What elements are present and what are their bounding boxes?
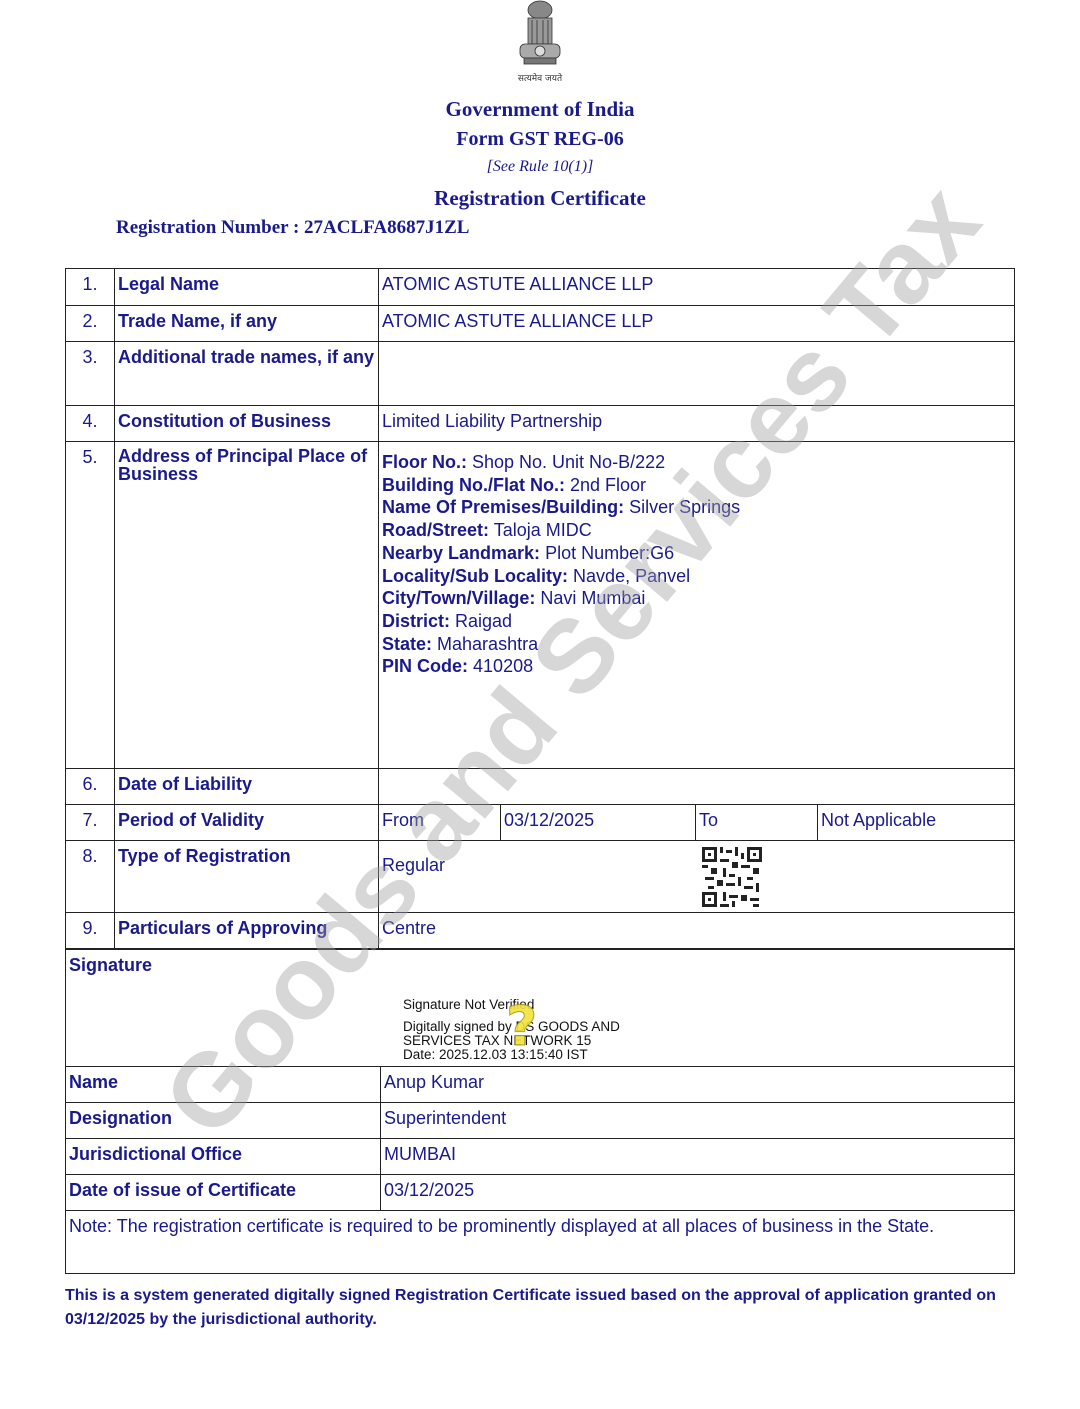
address-line: Nearby Landmark: Plot Number:G6 (382, 542, 1011, 565)
qr-code-icon (702, 847, 762, 907)
note: Note: The registration certificate is re… (66, 1211, 1015, 1274)
trade-name-label: Trade Name, if any (115, 306, 379, 342)
registration-number: Registration Number : 27ACLFA8687J1ZL (116, 217, 469, 239)
registration-number-label: Registration Number : (116, 217, 299, 238)
row-number: 8. (66, 841, 115, 913)
additional-trade-names-value (379, 342, 1015, 406)
address-line: City/Town/Village: Navi Mumbai (382, 587, 1011, 610)
rule-reference: [See Rule 10(1)] (0, 158, 1080, 176)
signature-label: Signature (69, 955, 152, 975)
address-line: Building No./Flat No.: 2nd Floor (382, 474, 1011, 497)
address-label: Address of Principal Place of Business (115, 442, 379, 769)
signature-table: Signature ? Signature Not Verified Digit… (65, 949, 1015, 1274)
address-line: Name Of Premises/Building: Silver Spring… (382, 496, 1011, 519)
table-row: 8. Type of Registration Regular (66, 841, 1015, 913)
date-of-liability-label: Date of Liability (115, 769, 379, 805)
designation-value: Superintendent (381, 1103, 1015, 1139)
table-row: Note: The registration certificate is re… (66, 1211, 1015, 1274)
officer-name-label: Name (66, 1067, 381, 1103)
government-title: Government of India (0, 97, 1080, 122)
particulars-of-approving-value: Centre (379, 913, 1015, 949)
row-number: 3. (66, 342, 115, 406)
table-row: 7. Period of Validity From 03/12/2025 To… (66, 805, 1015, 841)
address-line: Locality/Sub Locality: Navde, Panvel (382, 565, 1011, 588)
address-line: PIN Code: 410208 (382, 655, 1011, 678)
constitution-value: Limited Liability Partnership (379, 406, 1015, 442)
table-row: 4. Constitution of Business Limited Liab… (66, 406, 1015, 442)
address-line: State: Maharashtra (382, 633, 1011, 656)
trade-name-value: ATOMIC ASTUTE ALLIANCE LLP (379, 306, 1015, 342)
table-row: 3. Additional trade names, if any (66, 342, 1015, 406)
form-title: Form GST REG-06 (0, 128, 1080, 151)
address-line: Floor No.: Shop No. Unit No-B/222 (382, 451, 1011, 474)
table-row: 2. Trade Name, if any ATOMIC ASTUTE ALLI… (66, 306, 1015, 342)
date-of-liability-value (379, 769, 1015, 805)
table-row: Name Anup Kumar (66, 1067, 1015, 1103)
period-of-validity-label: Period of Validity (115, 805, 379, 841)
row-number: 9. (66, 913, 115, 949)
address-line: Road/Street: Taloja MIDC (382, 519, 1011, 542)
validity-from-value: 03/12/2025 (501, 805, 696, 841)
footer-statement: This is a system generated digitally sig… (65, 1284, 1015, 1332)
date-of-issue-label: Date of issue of Certificate (66, 1175, 381, 1211)
national-emblem-icon (508, 0, 572, 70)
validity-to-label: To (696, 805, 818, 841)
table-row: Designation Superintendent (66, 1103, 1015, 1139)
address-value: Floor No.: Shop No. Unit No-B/222 Buildi… (379, 442, 1015, 769)
row-number: 2. (66, 306, 115, 342)
table-row: Signature ? Signature Not Verified Digit… (66, 950, 1015, 1067)
validity-to-value: Not Applicable (818, 805, 1015, 841)
additional-trade-names-label: Additional trade names, if any (115, 342, 379, 406)
validity-from-label: From (379, 805, 501, 841)
table-row: 5. Address of Principal Place of Busines… (66, 442, 1015, 769)
jurisdictional-office-value: MUMBAI (381, 1139, 1015, 1175)
signature-cell: Signature ? Signature Not Verified Digit… (66, 950, 1015, 1067)
digital-signature-block: ? Signature Not Verified Digitally signe… (403, 998, 620, 1062)
row-number: 7. (66, 805, 115, 841)
officer-name-value: Anup Kumar (381, 1067, 1015, 1103)
designation-label: Designation (66, 1103, 381, 1139)
table-row: 6. Date of Liability (66, 769, 1015, 805)
certificate-title: Registration Certificate (0, 186, 1080, 211)
particulars-of-approving-label: Particulars of Approving (115, 913, 379, 949)
type-of-registration-value: Regular (379, 841, 1015, 913)
table-row: Date of issue of Certificate 03/12/2025 (66, 1175, 1015, 1211)
legal-name-value: ATOMIC ASTUTE ALLIANCE LLP (379, 269, 1015, 306)
address-line: District: Raigad (382, 610, 1011, 633)
row-number: 5. (66, 442, 115, 769)
row-number: 4. (66, 406, 115, 442)
registration-details-table: 1. Legal Name ATOMIC ASTUTE ALLIANCE LLP… (65, 268, 1015, 949)
date-of-issue-value: 03/12/2025 (381, 1175, 1015, 1211)
row-number: 1. (66, 269, 115, 306)
legal-name-label: Legal Name (115, 269, 379, 306)
type-of-registration-label: Type of Registration (115, 841, 379, 913)
table-row: 1. Legal Name ATOMIC ASTUTE ALLIANCE LLP (66, 269, 1015, 306)
emblem-motto: सत्यमेव जयते (490, 71, 590, 84)
table-row: 9. Particulars of Approving Centre (66, 913, 1015, 949)
jurisdictional-office-label: Jurisdictional Office (66, 1139, 381, 1175)
row-number: 6. (66, 769, 115, 805)
table-row: Jurisdictional Office MUMBAI (66, 1139, 1015, 1175)
constitution-label: Constitution of Business (115, 406, 379, 442)
question-mark-icon: ? (506, 1000, 537, 1054)
registration-number-value: 27ACLFA8687J1ZL (304, 217, 469, 238)
